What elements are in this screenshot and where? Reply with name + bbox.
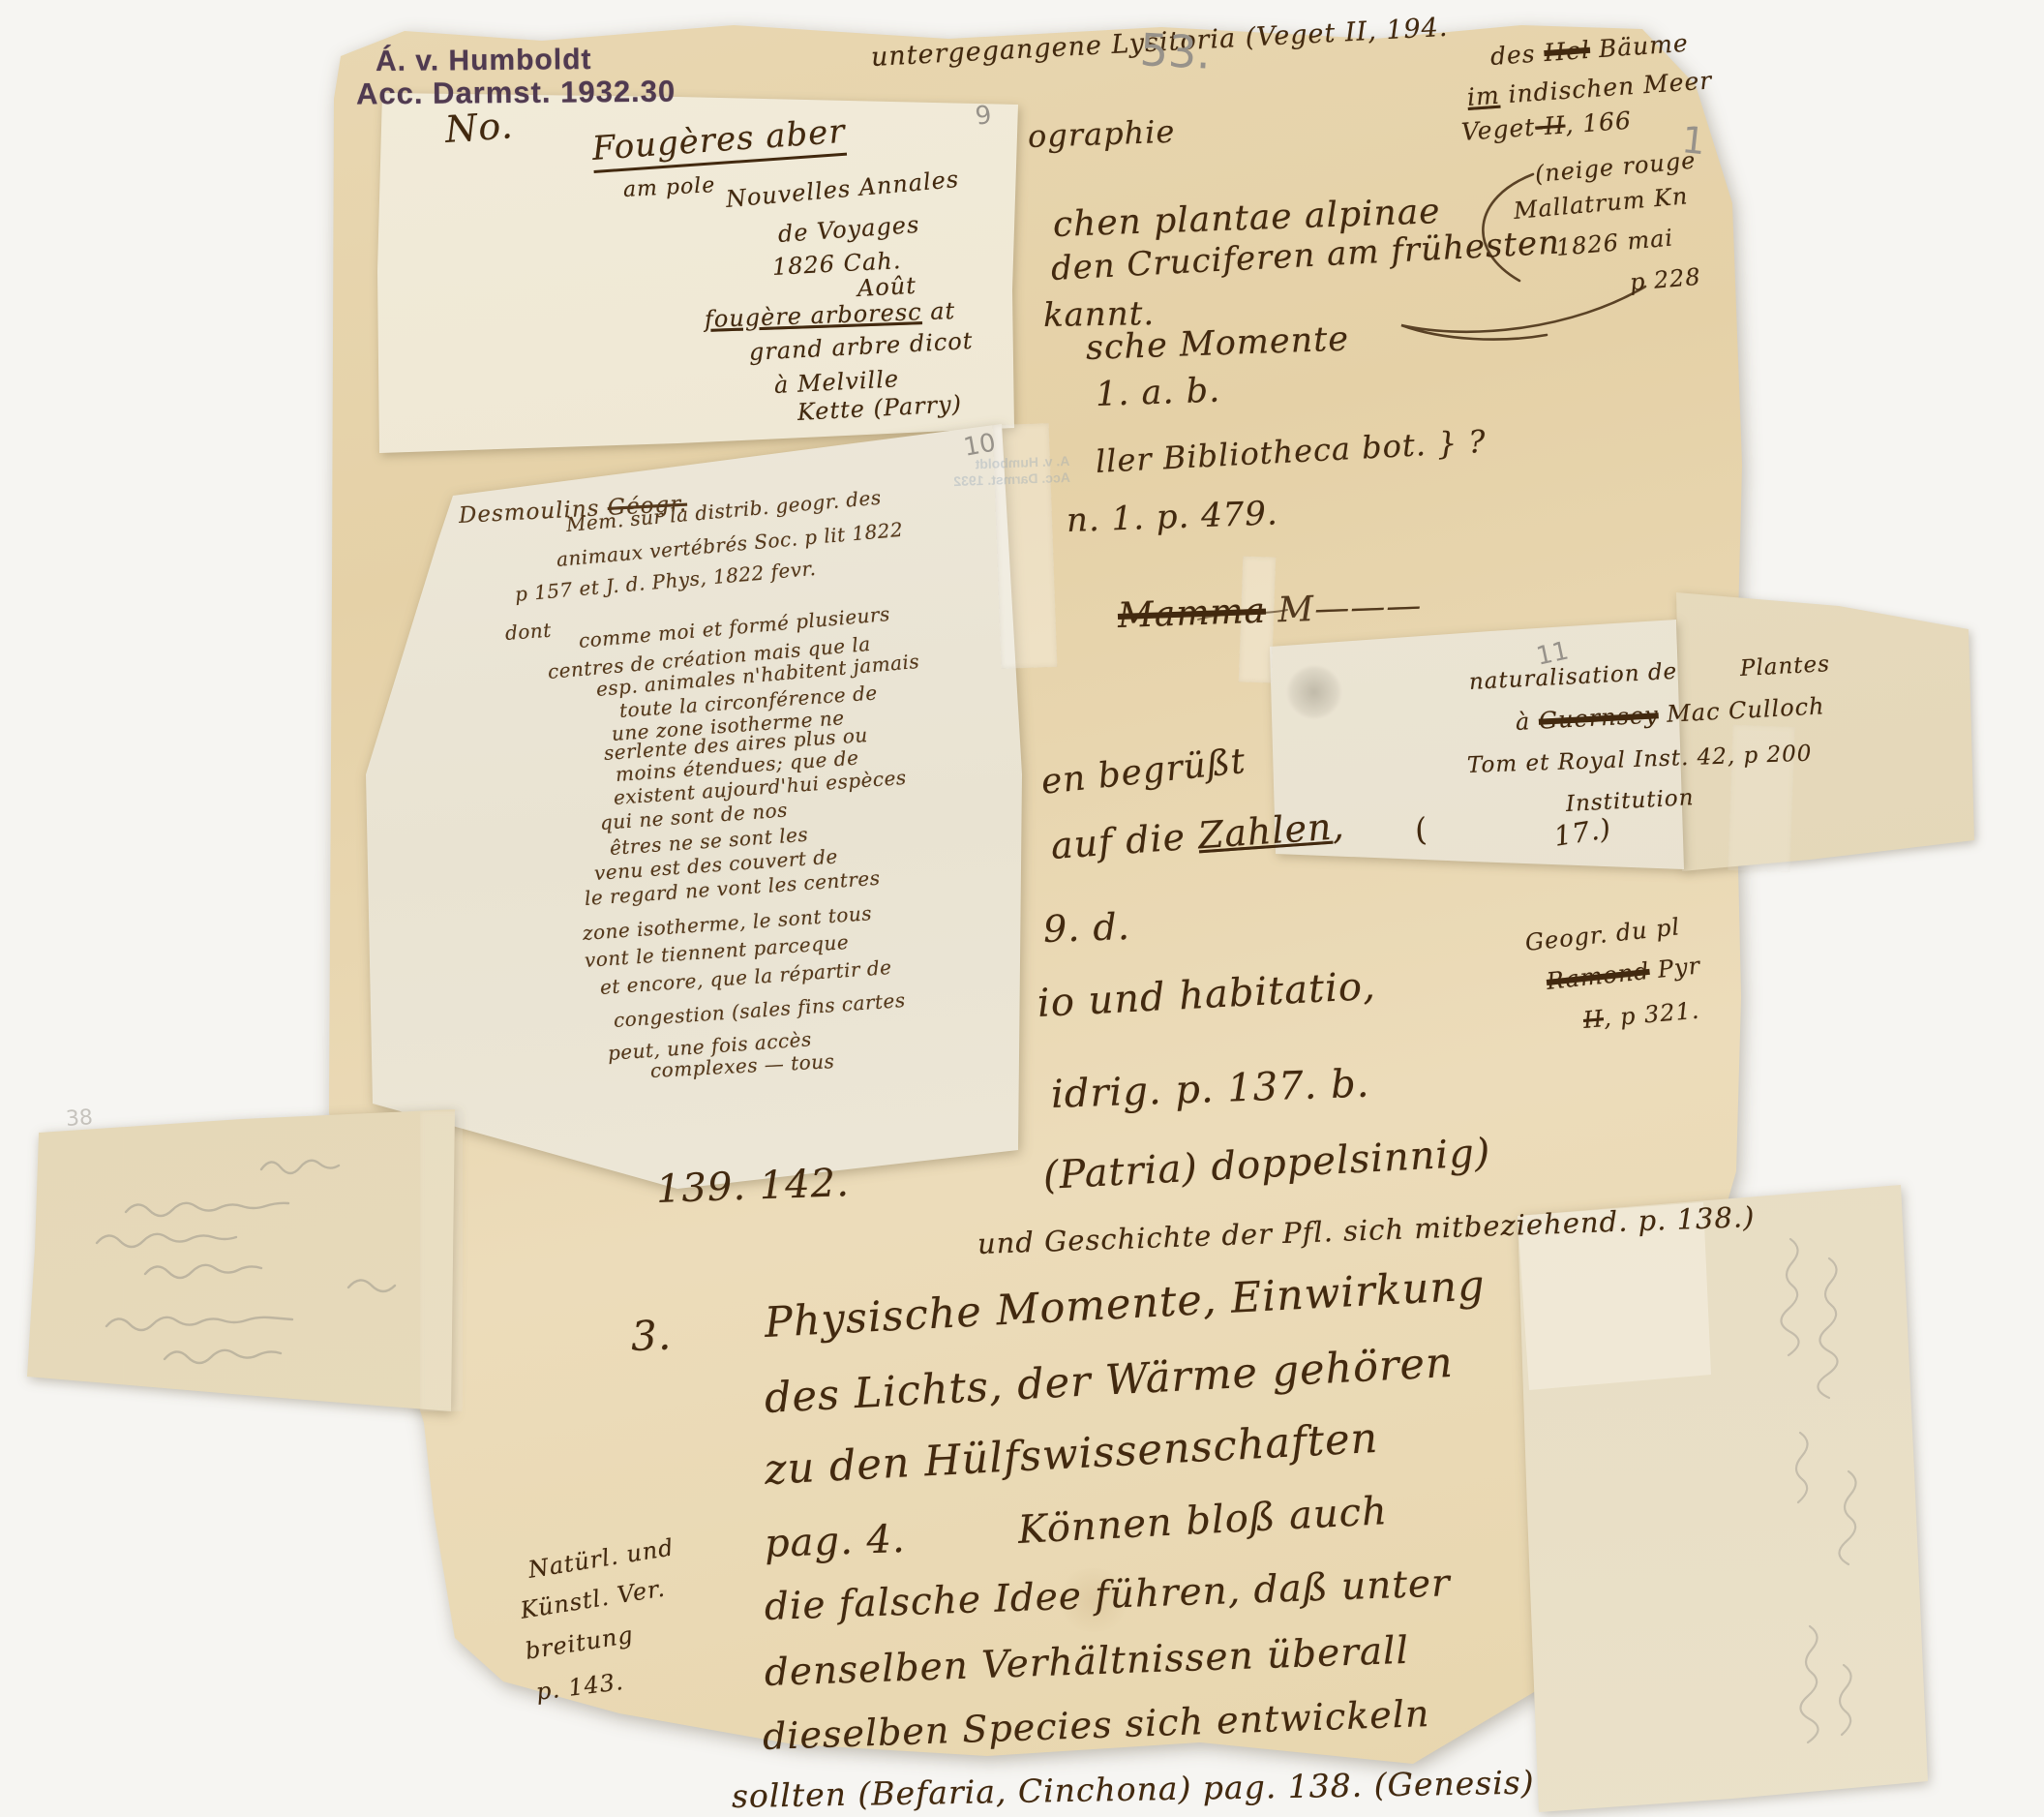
line-patria: (Patria) doppelsinnig) xyxy=(1042,1131,1492,1198)
slip-fougeres-line3: Nouvelles Annales xyxy=(725,166,960,213)
slip-guernsey-line4: Institution xyxy=(1565,785,1695,817)
slip-fougeres-line8: grand arbre dicot xyxy=(748,327,974,366)
text-fragment: Pyr xyxy=(1648,952,1701,984)
line-sollten: sollten (Befaria, Cinchona) pag. 138. (G… xyxy=(732,1764,1535,1815)
text-fragment: auf die xyxy=(1049,814,1199,867)
text-fragment: des xyxy=(1489,39,1545,71)
slip-guernsey-line1a: naturalisation de xyxy=(1468,659,1677,695)
humboldt-stamp-line2: Acc. Darmst. 1932.30 xyxy=(356,75,676,112)
fragment-17: 17.) xyxy=(1551,812,1613,853)
text-fragment: Veget xyxy=(1460,113,1536,146)
tape-strip xyxy=(420,1111,463,1411)
no-label: No. xyxy=(443,104,514,151)
geogr-note-line3: II, p 321. xyxy=(1582,997,1701,1034)
top-right-note-line1: des Hel Bäume xyxy=(1489,29,1690,71)
slip-fougeres-line6: Août xyxy=(857,272,917,302)
neige-note-line3: 1826 mai xyxy=(1555,224,1674,260)
line-p479: n. 1. p. 479. xyxy=(1066,494,1278,540)
neige-note-line2: Mallatrum Kn xyxy=(1513,182,1690,225)
slip-fougeres-line7: fougère arboresc at xyxy=(705,297,956,333)
slip-guernsey-line1b: Plantes xyxy=(1739,651,1830,681)
slip-fougeres-title: Fougères aber xyxy=(591,112,847,168)
line-falsche: die falsche Idee führen, daß unter xyxy=(764,1561,1451,1629)
struck-word: II xyxy=(1582,1005,1605,1034)
neige-note-line1: (neige rouge xyxy=(1534,147,1698,188)
line-huelfs: zu den Hülfswissenschaften xyxy=(764,1414,1380,1495)
ghost-writing-bottom-right xyxy=(1732,1220,1916,1781)
slip-fougeres-line4: de Voyages xyxy=(777,211,920,248)
underlined-word: Zahlen xyxy=(1196,805,1333,858)
margin-note-line3: breitung xyxy=(524,1621,636,1665)
tail-flourish xyxy=(1401,287,1645,340)
text-fragment: , 166 xyxy=(1564,106,1632,139)
pencil-number-38: 38 xyxy=(65,1105,94,1132)
line-denselben: denselben Verhältnissen überall xyxy=(764,1629,1410,1695)
text-fragment: Mac Culloch xyxy=(1658,692,1825,728)
fragment-paren: ( xyxy=(1410,810,1431,849)
underlined-word: fougère arboresc xyxy=(705,298,923,333)
line-scribbled: Mamma M——— xyxy=(1117,586,1423,636)
line-zahlen: auf die Zahlen, xyxy=(1049,804,1345,867)
struck-word: -II xyxy=(1534,111,1566,141)
adhesive-spot xyxy=(1287,666,1341,718)
pencil-number-1: 1 xyxy=(1680,118,1708,163)
line-9d: 9. d. xyxy=(1042,905,1130,951)
text-fragment: at xyxy=(921,297,956,325)
line-dieselben: dieselben Species sich entwickeln xyxy=(762,1692,1430,1758)
margin-note-line4: p. 143. xyxy=(534,1668,625,1706)
pencil-page-number: 53. xyxy=(1139,23,1213,79)
text-fragment: Bäume xyxy=(1589,29,1690,64)
manuscript-scan: Á. v. Humboldt Acc. Darmst. 1932.30 A. v… xyxy=(0,0,2044,1817)
neige-note-line4: p 228 xyxy=(1629,263,1702,296)
humboldt-stamp-line1: Á. v. Humboldt xyxy=(376,44,592,78)
scribbled-word: Mamma xyxy=(1117,591,1266,636)
line-momente: sche Momente xyxy=(1085,320,1349,368)
line-physische: Physische Momente, Einwirkung xyxy=(764,1261,1487,1348)
slip-fougeres-line2: am pole xyxy=(622,173,716,202)
text-fragment: indischen Meer xyxy=(1499,66,1713,108)
geogr-note-line1: Geogr. du pl xyxy=(1524,913,1682,956)
line-koennen: Können bloß auch xyxy=(1017,1489,1389,1553)
line-item3: 3. xyxy=(630,1312,673,1360)
line-ographie: ographie xyxy=(1027,113,1176,155)
slip-desmoulins-line: dont xyxy=(504,619,552,645)
top-right-note-line2: im indischen Meer xyxy=(1466,66,1713,111)
line-1ab: 1. a. b. xyxy=(1095,372,1220,414)
paper-stain xyxy=(484,697,530,740)
line-bibliotheca: ller Bibliotheca bot. } ? xyxy=(1095,423,1487,480)
pencil-slip-number-9: 9 xyxy=(974,101,994,132)
paper-stain xyxy=(556,227,624,286)
line-begruesst: en begrüßt xyxy=(1039,742,1247,803)
line-p137: idrig. p. 137. b. xyxy=(1050,1062,1370,1117)
top-right-note-line3: Veget-II, 166 xyxy=(1460,106,1633,146)
geogr-note-line2: Ramond Pyr xyxy=(1546,952,1702,995)
text-fragment: M——— xyxy=(1265,586,1423,631)
text-fragment: à xyxy=(1515,708,1539,736)
underlined-word: im xyxy=(1466,81,1501,111)
line-139-142: 139. 142. xyxy=(655,1161,850,1212)
struck-word: Guernsey xyxy=(1538,701,1659,734)
line-habitatio: io und habitatio, xyxy=(1037,964,1377,1026)
margin-note-line2: Künstl. Ver. xyxy=(519,1575,668,1624)
struck-word: Ramond xyxy=(1546,957,1651,995)
underlined-title: Fougères aber xyxy=(591,112,848,173)
line-lichts: des Lichts, der Wärme gehören xyxy=(764,1339,1455,1423)
text-fragment: , xyxy=(1331,804,1346,848)
ghost-writing-bottom-left xyxy=(39,1123,445,1404)
line-pag4: pag. 4. xyxy=(764,1517,906,1566)
struck-word: Hel xyxy=(1543,36,1591,67)
stamp-showthrough-line2: Acc. Darmst. 1932 xyxy=(953,469,1070,490)
text-fragment: , p 321. xyxy=(1603,997,1701,1033)
pencil-slip-number-10: 10 xyxy=(961,428,998,462)
